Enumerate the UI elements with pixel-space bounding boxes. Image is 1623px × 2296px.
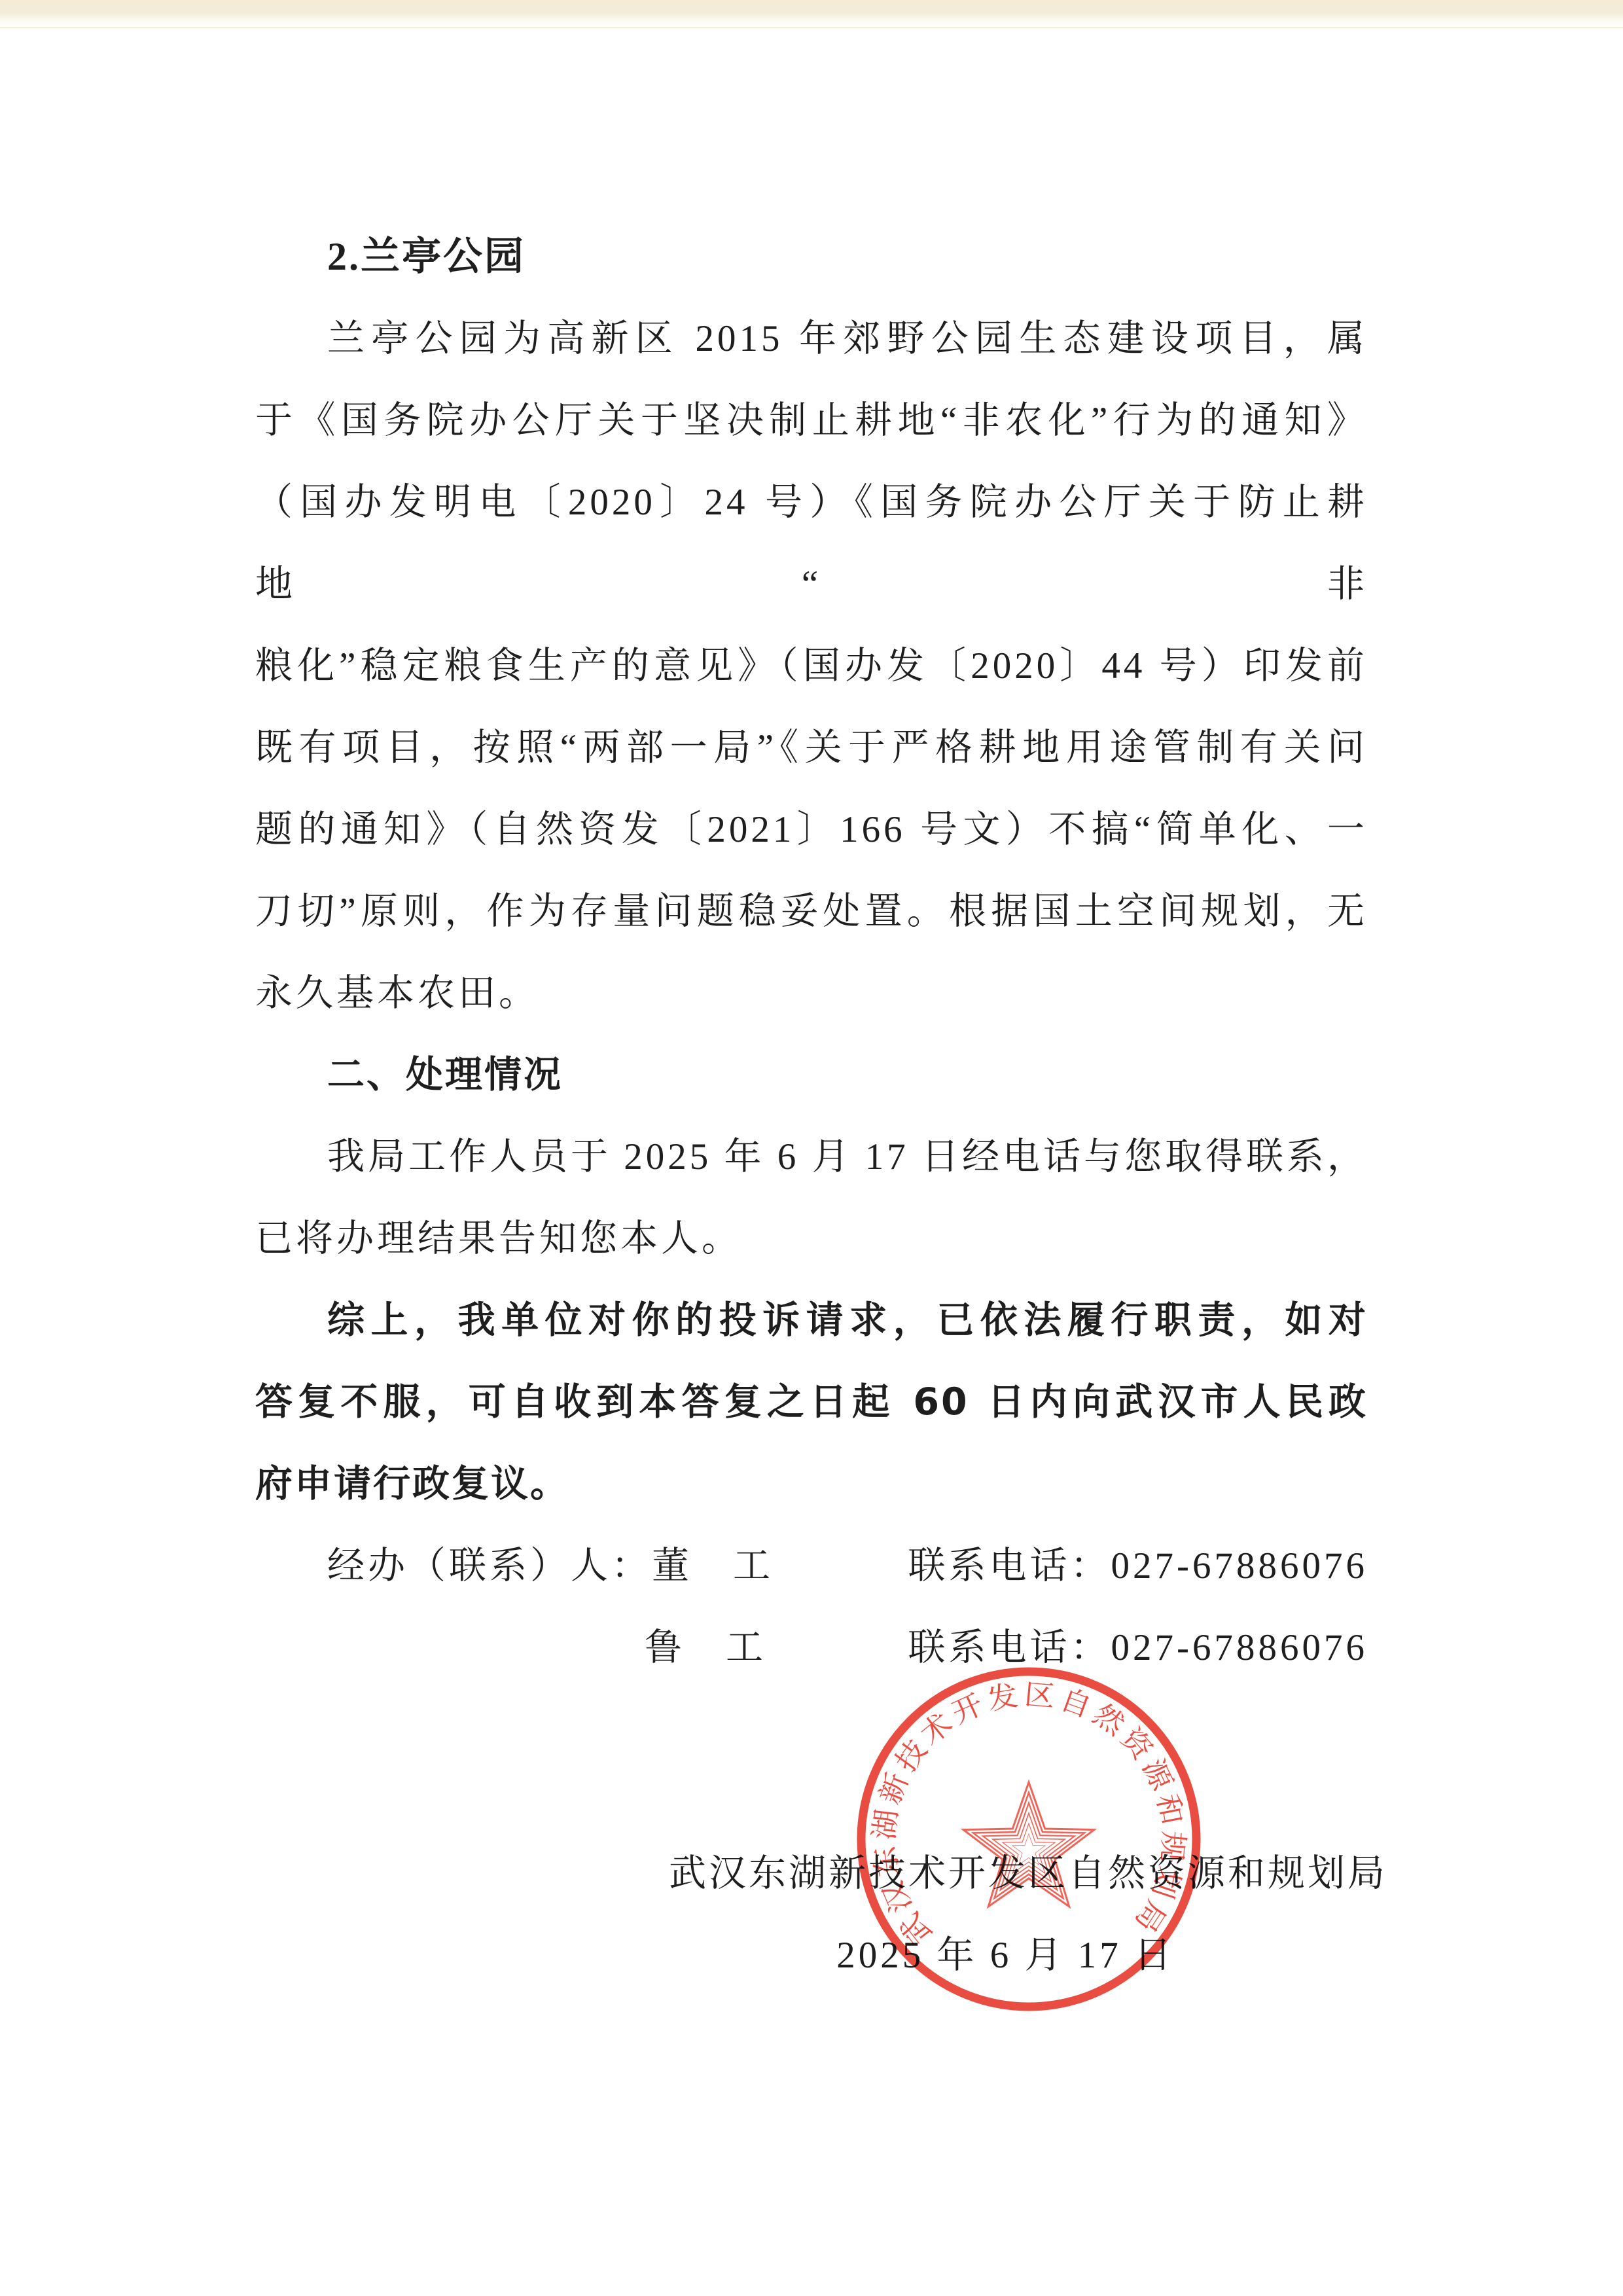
signature-gap bbox=[255, 1689, 1368, 1833]
letter-body: 2.兰亭公园 兰亭公园为高新区 2015 年郊野公园生态建设项目，属 于《国务院… bbox=[255, 216, 1368, 1996]
contact-row-2: 鲁 工 联系电话：027-67886076 bbox=[255, 1607, 1368, 1689]
paragraph-line: 题的通知》（自然资发〔2021〕166 号文）不搞“简单化、一 bbox=[255, 789, 1368, 870]
conclusion-line-bold: 综上，我单位对你的投诉请求，已依法履行职责，如对 bbox=[255, 1280, 1368, 1361]
paragraph-line: 已将办理结果告知您本人。 bbox=[255, 1198, 1368, 1280]
paragraph-line: 于《国务院办公厅关于坚决制止耕地“非农化”行为的通知》 bbox=[255, 380, 1368, 461]
conclusion-line-bold: 府申请行政复议。 bbox=[255, 1443, 1368, 1525]
section-heading-handling: 二、处理情况 bbox=[255, 1034, 1368, 1116]
contact-person-2: 鲁 工 bbox=[645, 1607, 766, 1689]
paragraph-line: 粮化”稳定粮食生产的意见》（国办发〔2020〕44 号）印发前 bbox=[255, 625, 1368, 707]
paragraph-line: （国办发明电〔2020〕24 号）《国务院办公厅关于防止耕地“非 bbox=[255, 461, 1368, 625]
paragraph-line: 永久基本农田。 bbox=[255, 952, 1368, 1034]
contact-phone-1: 联系电话：027-67886076 bbox=[908, 1525, 1368, 1607]
paragraph-line: 我局工作人员于 2025 年 6 月 17 日经电话与您取得联系， bbox=[255, 1116, 1368, 1198]
contact-row-1: 经办（联系）人：董 工 联系电话：027-67886076 bbox=[255, 1525, 1368, 1607]
contact-phone-2: 联系电话：027-67886076 bbox=[908, 1607, 1368, 1689]
paragraph-line: 兰亭公园为高新区 2015 年郊野公园生态建设项目，属 bbox=[255, 298, 1368, 380]
section-title-lanting-park: 2.兰亭公园 bbox=[255, 216, 1368, 298]
scanned-page-top-edge bbox=[0, 0, 1623, 28]
signature-date: 2025 年 6 月 17 日 bbox=[255, 1914, 1175, 1996]
signature-org-name: 武汉东湖新技术开发区自然资源和规划局 bbox=[255, 1833, 1387, 1914]
paragraph-line: 刀切”原则，作为存量问题稳妥处置。根据国土空间规划，无 bbox=[255, 870, 1368, 952]
contact-person-1: 经办（联系）人：董 工 bbox=[327, 1525, 774, 1607]
conclusion-line-bold: 答复不服，可自收到本答复之日起 60 日内向武汉市人民政 bbox=[255, 1361, 1368, 1443]
paragraph-line: 既有项目，按照“两部一局”《关于严格耕地用途管制有关问 bbox=[255, 707, 1368, 789]
